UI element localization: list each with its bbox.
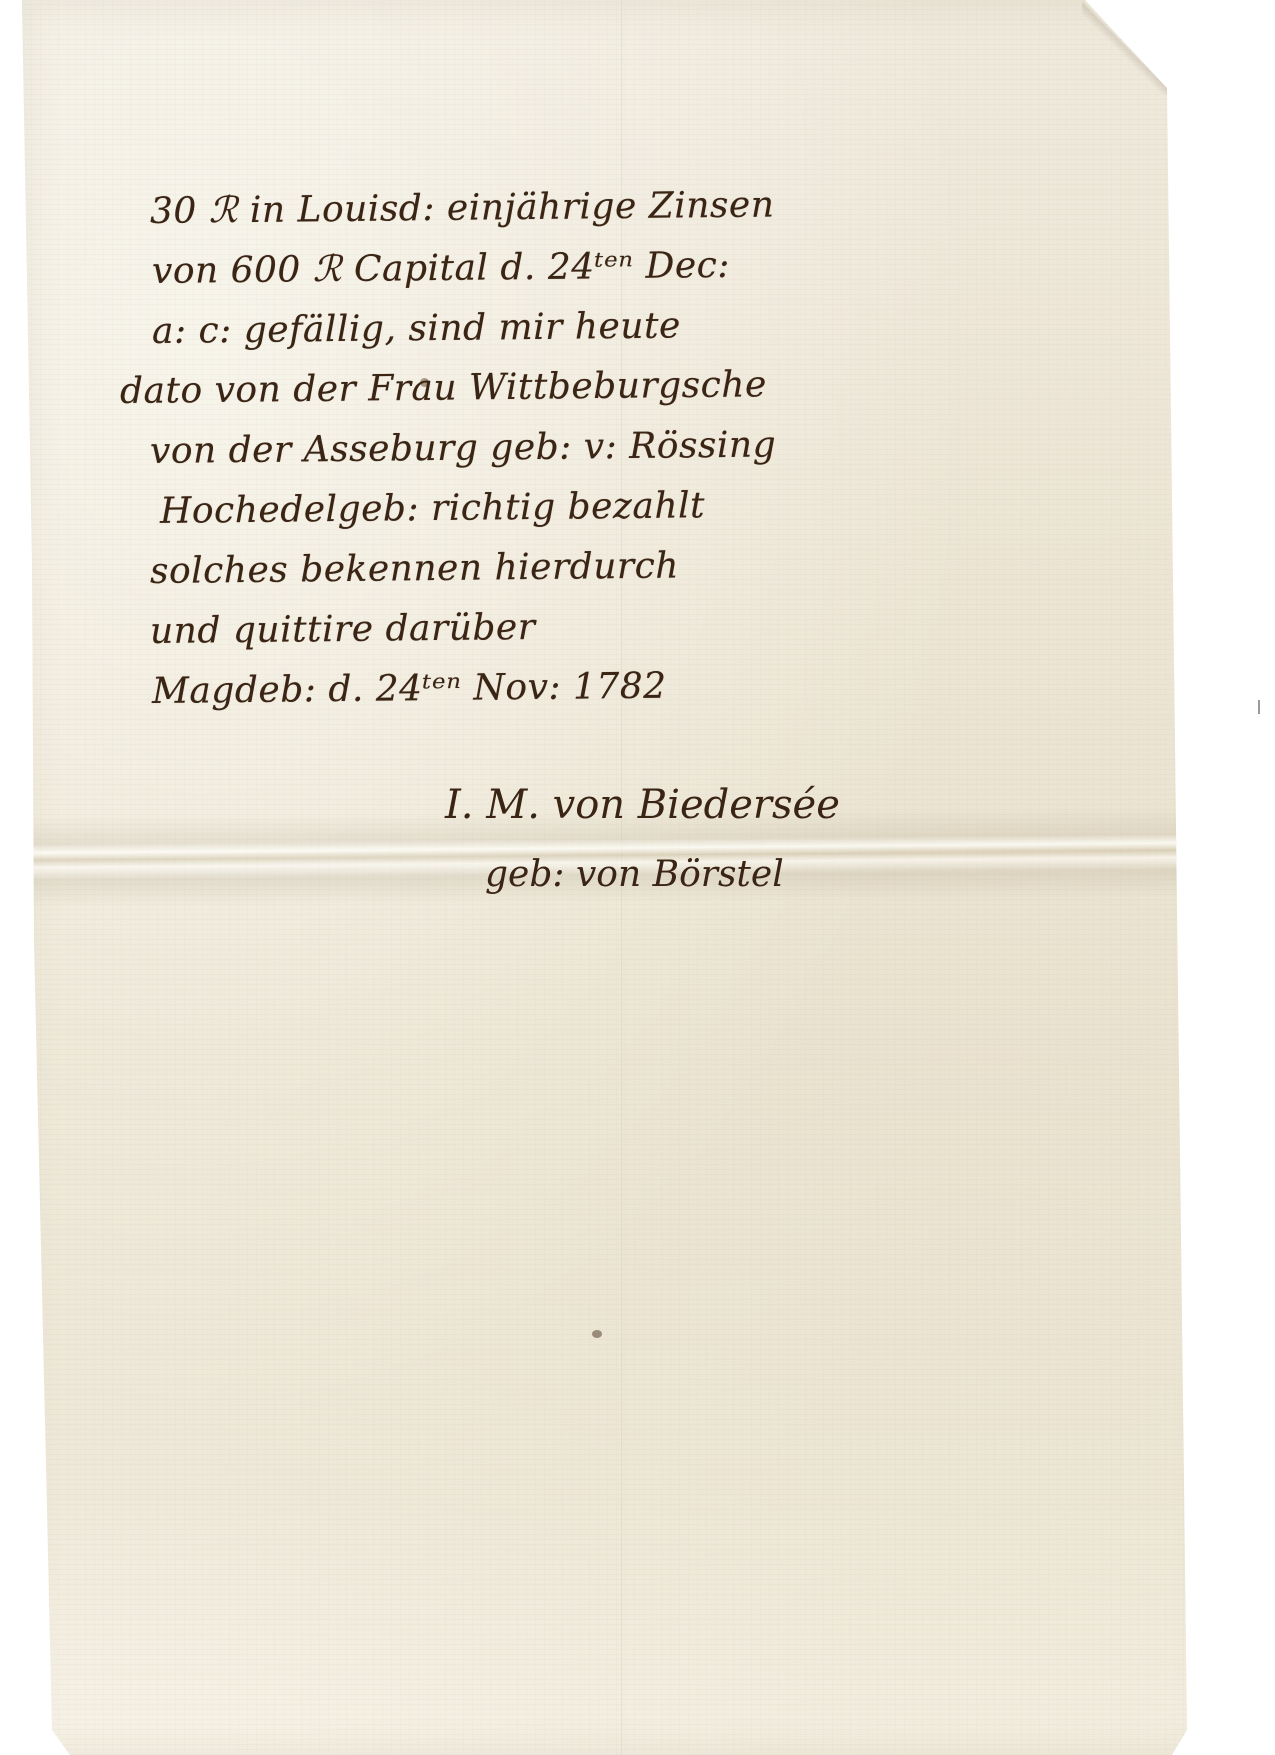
- receipt-line-3: a: c: gefällig, sind mir heute: [150, 293, 1031, 362]
- receipt-body: 30 ℛ in Louisd: einjährige Zinsen von 60…: [150, 182, 1030, 722]
- scan-edge-mark: [1258, 700, 1260, 714]
- receipt-line-1: 30 ℛ in Louisd: einjährige Zinsen: [150, 173, 1031, 242]
- receipt-line-2: von 600 ℛ Capital d. 24ᵗᵉⁿ Dec:: [150, 233, 1031, 302]
- receipt-line-6: Hochedelgeb: richtig bezahlt: [150, 473, 1031, 542]
- signature-maiden-name: geb: von Börstel: [445, 840, 1045, 910]
- signature-block: I. M. von Biedersée geb: von Börstel: [445, 770, 1045, 910]
- paper-spot: [592, 1330, 602, 1338]
- receipt-line-4: dato von der Frau Wittbeburgsche: [120, 352, 1031, 422]
- receipt-line-5: von der Asseburg geb: v: Rössing: [150, 413, 1031, 482]
- receipt-line-8: und quittire darüber: [150, 593, 1031, 662]
- cut-corner-shadow: [1082, 0, 1177, 95]
- signature-name: I. M. von Biedersée: [445, 770, 1045, 840]
- date-line: Magdeb: d. 24ᵗᵉⁿ Nov: 1782: [150, 653, 1031, 722]
- receipt-line-7: solches bekennen hierdurch: [150, 533, 1031, 602]
- scanned-document: 30 ℛ in Louisd: einjährige Zinsen von 60…: [0, 0, 1275, 1755]
